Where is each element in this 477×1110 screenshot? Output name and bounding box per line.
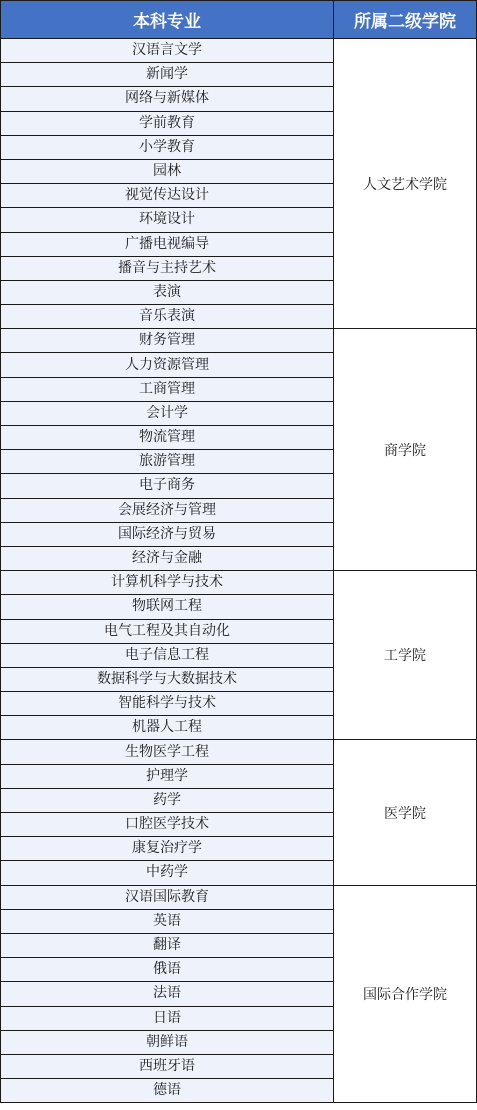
major-cell: 学前教育 <box>1 111 334 135</box>
major-cell: 人力资源管理 <box>1 353 334 377</box>
table-row: 财务管理商学院 <box>1 329 477 353</box>
major-cell: 环境设计 <box>1 208 334 232</box>
major-cell: 小学教育 <box>1 135 334 159</box>
major-cell: 国际经济与贸易 <box>1 522 334 546</box>
majors-table: 本科专业 所属二级学院 汉语言文学人文艺术学院新闻学网络与新媒体学前教育小学教育… <box>0 0 477 1103</box>
header-major: 本科专业 <box>1 1 334 39</box>
major-cell: 物流管理 <box>1 426 334 450</box>
header-row: 本科专业 所属二级学院 <box>1 1 477 39</box>
major-cell: 生物医学工程 <box>1 740 334 764</box>
college-cell: 商学院 <box>334 329 477 571</box>
major-cell: 护理学 <box>1 764 334 788</box>
major-cell: 翻译 <box>1 933 334 957</box>
major-cell: 计算机科学与技术 <box>1 571 334 595</box>
major-cell: 俄语 <box>1 958 334 982</box>
major-cell: 经济与金融 <box>1 546 334 570</box>
header-college: 所属二级学院 <box>334 1 477 39</box>
major-cell: 中药学 <box>1 861 334 885</box>
major-cell: 播音与主持艺术 <box>1 256 334 280</box>
major-cell: 网络与新媒体 <box>1 87 334 111</box>
college-cell: 医学院 <box>334 740 477 885</box>
table-row: 计算机科学与技术工学院 <box>1 571 477 595</box>
major-cell: 广播电视编导 <box>1 232 334 256</box>
major-cell: 机器人工程 <box>1 716 334 740</box>
major-cell: 表演 <box>1 280 334 304</box>
major-cell: 电子商务 <box>1 474 334 498</box>
major-cell: 工商管理 <box>1 377 334 401</box>
major-cell: 汉语国际教育 <box>1 885 334 909</box>
major-cell: 新闻学 <box>1 63 334 87</box>
major-cell: 西班牙语 <box>1 1054 334 1078</box>
major-cell: 会展经济与管理 <box>1 498 334 522</box>
major-cell: 视觉传达设计 <box>1 184 334 208</box>
major-cell: 汉语言文学 <box>1 39 334 63</box>
major-cell: 园林 <box>1 159 334 183</box>
major-cell: 药学 <box>1 788 334 812</box>
major-cell: 财务管理 <box>1 329 334 353</box>
major-cell: 旅游管理 <box>1 450 334 474</box>
college-cell: 人文艺术学院 <box>334 39 477 329</box>
major-cell: 电子信息工程 <box>1 643 334 667</box>
college-cell: 工学院 <box>334 571 477 740</box>
major-cell: 电气工程及其自动化 <box>1 619 334 643</box>
major-cell: 英语 <box>1 909 334 933</box>
major-cell: 口腔医学技术 <box>1 813 334 837</box>
major-cell: 德语 <box>1 1079 334 1103</box>
major-cell: 智能科学与技术 <box>1 692 334 716</box>
college-cell: 国际合作学院 <box>334 885 477 1103</box>
major-cell: 会计学 <box>1 401 334 425</box>
table-row: 汉语国际教育国际合作学院 <box>1 885 477 909</box>
table-row: 生物医学工程医学院 <box>1 740 477 764</box>
major-cell: 音乐表演 <box>1 305 334 329</box>
major-cell: 数据科学与大数据技术 <box>1 667 334 691</box>
table-row: 汉语言文学人文艺术学院 <box>1 39 477 63</box>
table-body: 汉语言文学人文艺术学院新闻学网络与新媒体学前教育小学教育园林视觉传达设计环境设计… <box>1 39 477 1103</box>
major-cell: 法语 <box>1 982 334 1006</box>
major-cell: 康复治疗学 <box>1 837 334 861</box>
major-cell: 日语 <box>1 1006 334 1030</box>
major-cell: 物联网工程 <box>1 595 334 619</box>
major-cell: 朝鲜语 <box>1 1030 334 1054</box>
